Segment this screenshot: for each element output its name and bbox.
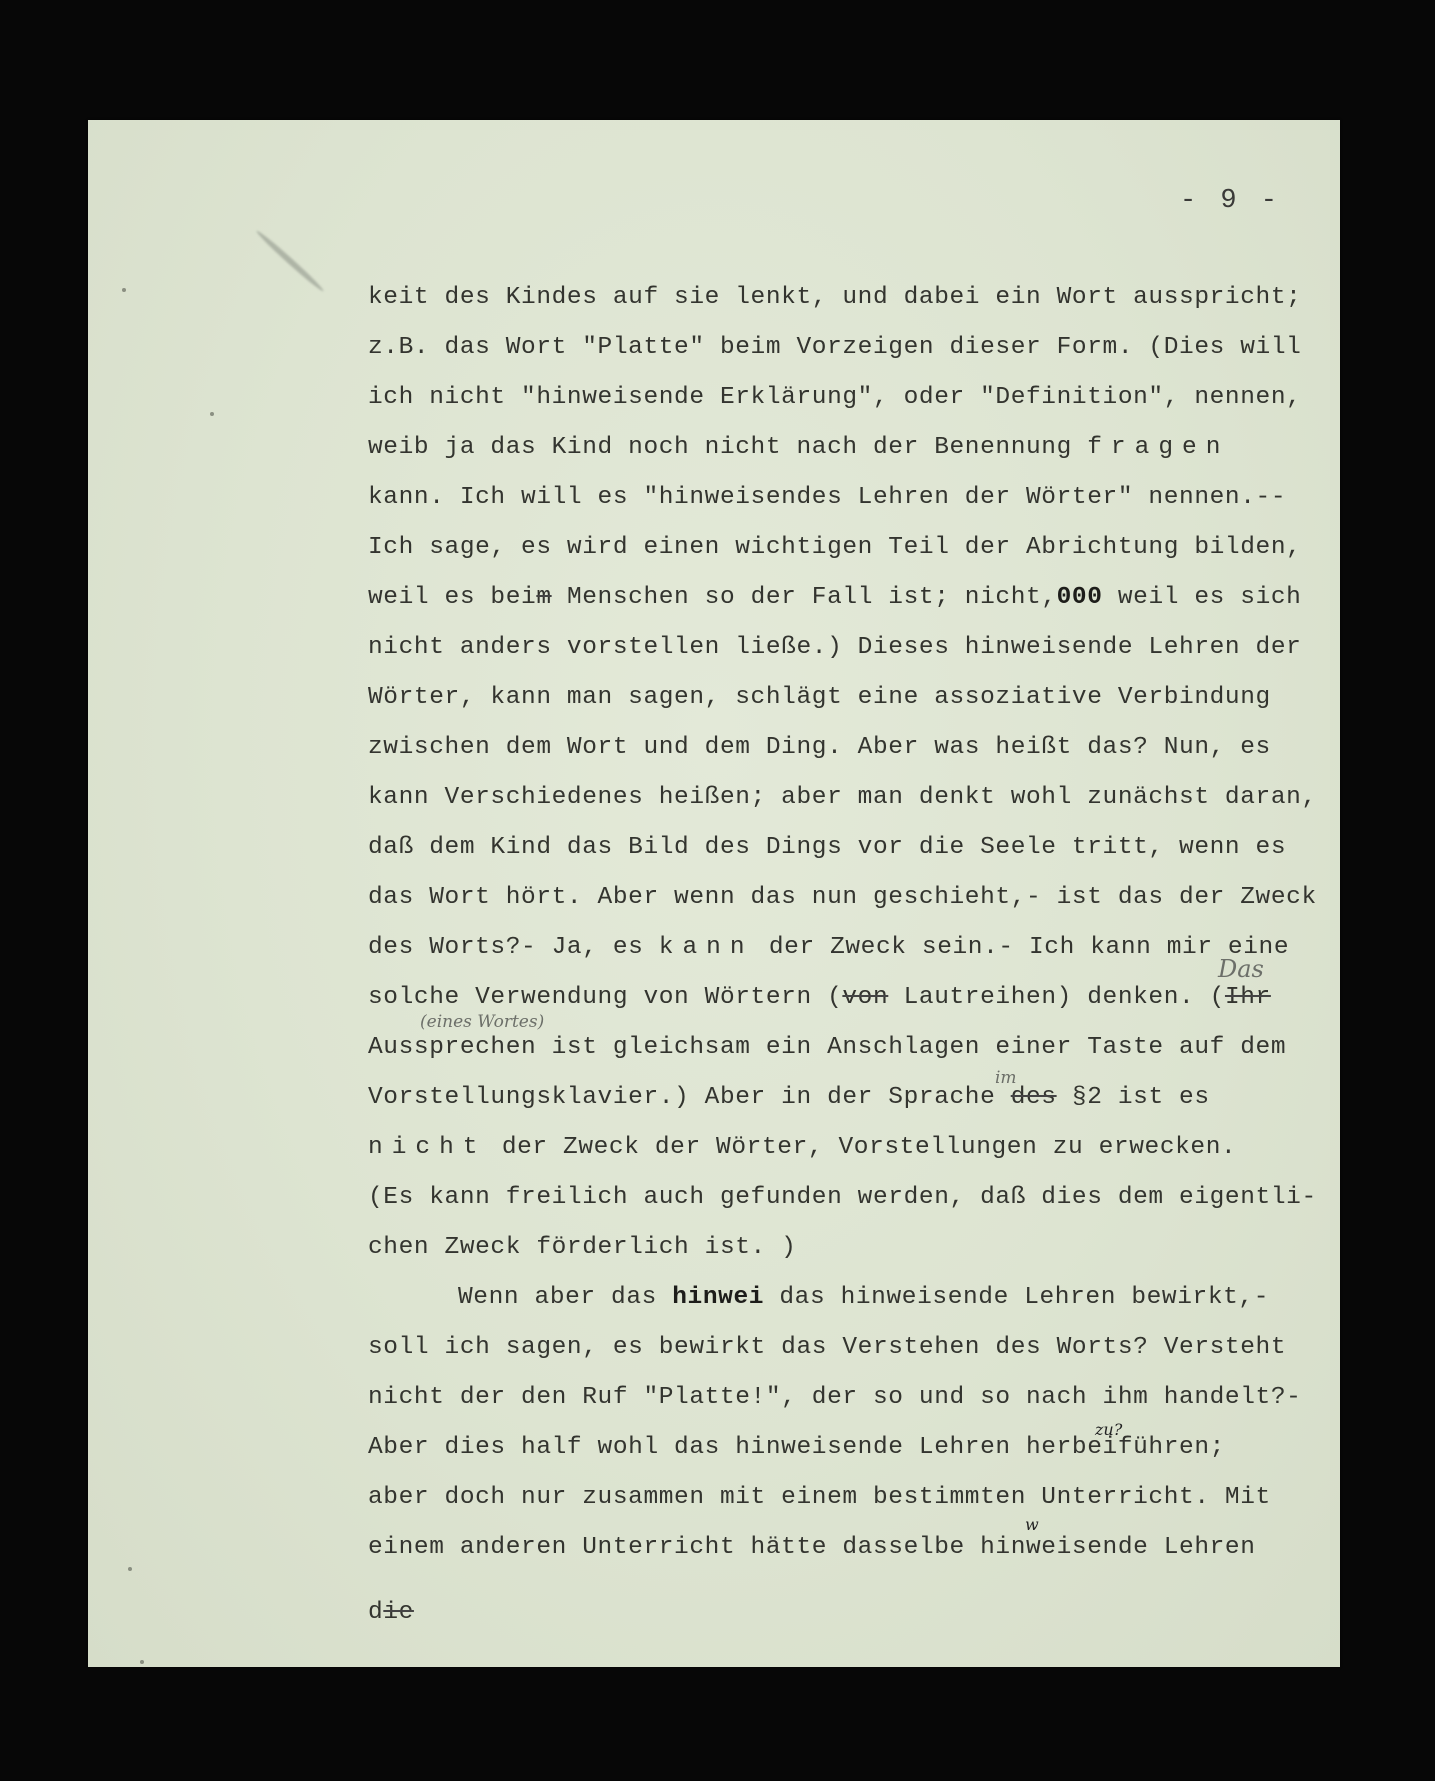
typed-over-text: 000 bbox=[1057, 584, 1103, 611]
struck-text: des bbox=[1011, 1084, 1057, 1111]
text-line: des Worts?- Ja, es kann der Zweck sein.-… bbox=[368, 933, 1289, 963]
text-line: Wenn aber das hinwei das hinweisende Leh… bbox=[458, 1283, 1269, 1313]
struck-text: Ihr bbox=[1225, 984, 1271, 1011]
text-span: der Zweck der Wörter, Vorstellungen zu e… bbox=[487, 1134, 1237, 1161]
struck-text: ie bbox=[383, 1599, 414, 1626]
text-span: solche Verwendung von Wörtern ( bbox=[368, 984, 842, 1011]
text-line: das Wort hört. Aber wenn das nun geschie… bbox=[368, 883, 1317, 913]
speck bbox=[140, 1660, 144, 1664]
handwritten-zu: zu? bbox=[1095, 1420, 1122, 1439]
text-span: §2 ist es bbox=[1057, 1084, 1210, 1111]
text-line: ich nicht "hinweisende Erklärung", oder … bbox=[368, 383, 1301, 413]
spaced-emphasis: fragen bbox=[1087, 434, 1229, 461]
text-line: Vorstellungsklavier.) Aber in der Sprach… bbox=[368, 1083, 1210, 1113]
text-line: chen Zweck förderlich ist. ) bbox=[368, 1233, 796, 1263]
text-span: weib ja das Kind noch nicht nach der Ben… bbox=[368, 434, 1087, 461]
handwritten-das: Das bbox=[1218, 955, 1264, 983]
text-line: nicht der den Ruf "Platte!", der so und … bbox=[368, 1383, 1301, 1413]
text-span: Lautreihen) denken. ( bbox=[888, 984, 1225, 1011]
text-line: Aussprechen ist gleichsam ein Anschlagen… bbox=[368, 1033, 1286, 1063]
typed-over-text: hinwei bbox=[672, 1284, 764, 1311]
handwritten-im: im bbox=[995, 1068, 1017, 1088]
handwritten-w: w bbox=[1025, 1515, 1039, 1534]
text-line: soll ich sagen, es bewirkt das Verstehen… bbox=[368, 1333, 1286, 1363]
text-line: die bbox=[368, 1598, 414, 1628]
text-span: der Zweck sein.- Ich kann mir eine bbox=[754, 934, 1290, 961]
speck bbox=[122, 288, 126, 292]
text-span: d bbox=[368, 1599, 383, 1626]
text-line: einem anderen Unterricht hätte dasselbe … bbox=[368, 1533, 1256, 1563]
text-line: weil es beim Menschen so der Fall ist; n… bbox=[368, 583, 1301, 613]
text-line: (Es kann freilich auch gefunden werden, … bbox=[368, 1183, 1317, 1213]
text-line: Wörter, kann man sagen, schlägt eine ass… bbox=[368, 683, 1271, 713]
text-span: Wenn aber das bbox=[458, 1284, 672, 1311]
speck bbox=[128, 1567, 132, 1571]
spaced-emphasis: kann bbox=[659, 934, 754, 961]
struck-text: von bbox=[842, 984, 888, 1011]
text-line: kann. Ich will es "hinweisendes Lehren d… bbox=[368, 483, 1286, 513]
text-line: solche Verwendung von Wörtern (von Lautr… bbox=[368, 983, 1271, 1013]
text-span: des Worts?- Ja, es bbox=[368, 934, 659, 961]
text-line: nicht anders vorstellen ließe.) Dieses h… bbox=[368, 633, 1301, 663]
text-line: z.B. das Wort "Platte" beim Vorzeigen di… bbox=[368, 333, 1301, 363]
text-span: das hinweisende Lehren bewirkt,- bbox=[764, 1284, 1269, 1311]
speck bbox=[210, 412, 214, 416]
text-span: Vorstellungsklavier.) Aber in der Sprach… bbox=[368, 1084, 1011, 1111]
text-line: kann Verschiedenes heißen; aber man denk… bbox=[368, 783, 1317, 813]
text-line: zwischen dem Wort und dem Ding. Aber was… bbox=[368, 733, 1271, 763]
text-line: nicht der Zweck der Wörter, Vorstellunge… bbox=[368, 1133, 1236, 1163]
struck-text: m bbox=[536, 584, 551, 611]
text-line: weib ja das Kind noch nicht nach der Ben… bbox=[368, 433, 1229, 463]
text-line: daß dem Kind das Bild des Dings vor die … bbox=[368, 833, 1286, 863]
spaced-emphasis: nicht bbox=[368, 1134, 487, 1161]
text-span: weil es sich bbox=[1103, 584, 1302, 611]
text-span: Menschen so der Fall ist; nicht, bbox=[552, 584, 1057, 611]
page-number: - 9 - bbox=[1180, 186, 1281, 216]
text-line: keit des Kindes auf sie lenkt, und dabei… bbox=[368, 283, 1301, 313]
text-span: weil es bei bbox=[368, 584, 536, 611]
text-line: Ich sage, es wird einen wichtigen Teil d… bbox=[368, 533, 1301, 563]
text-line: aber doch nur zusammen mit einem bestimm… bbox=[368, 1483, 1271, 1513]
handwritten-eines-wortes: (eines Wortes) bbox=[420, 1012, 544, 1032]
